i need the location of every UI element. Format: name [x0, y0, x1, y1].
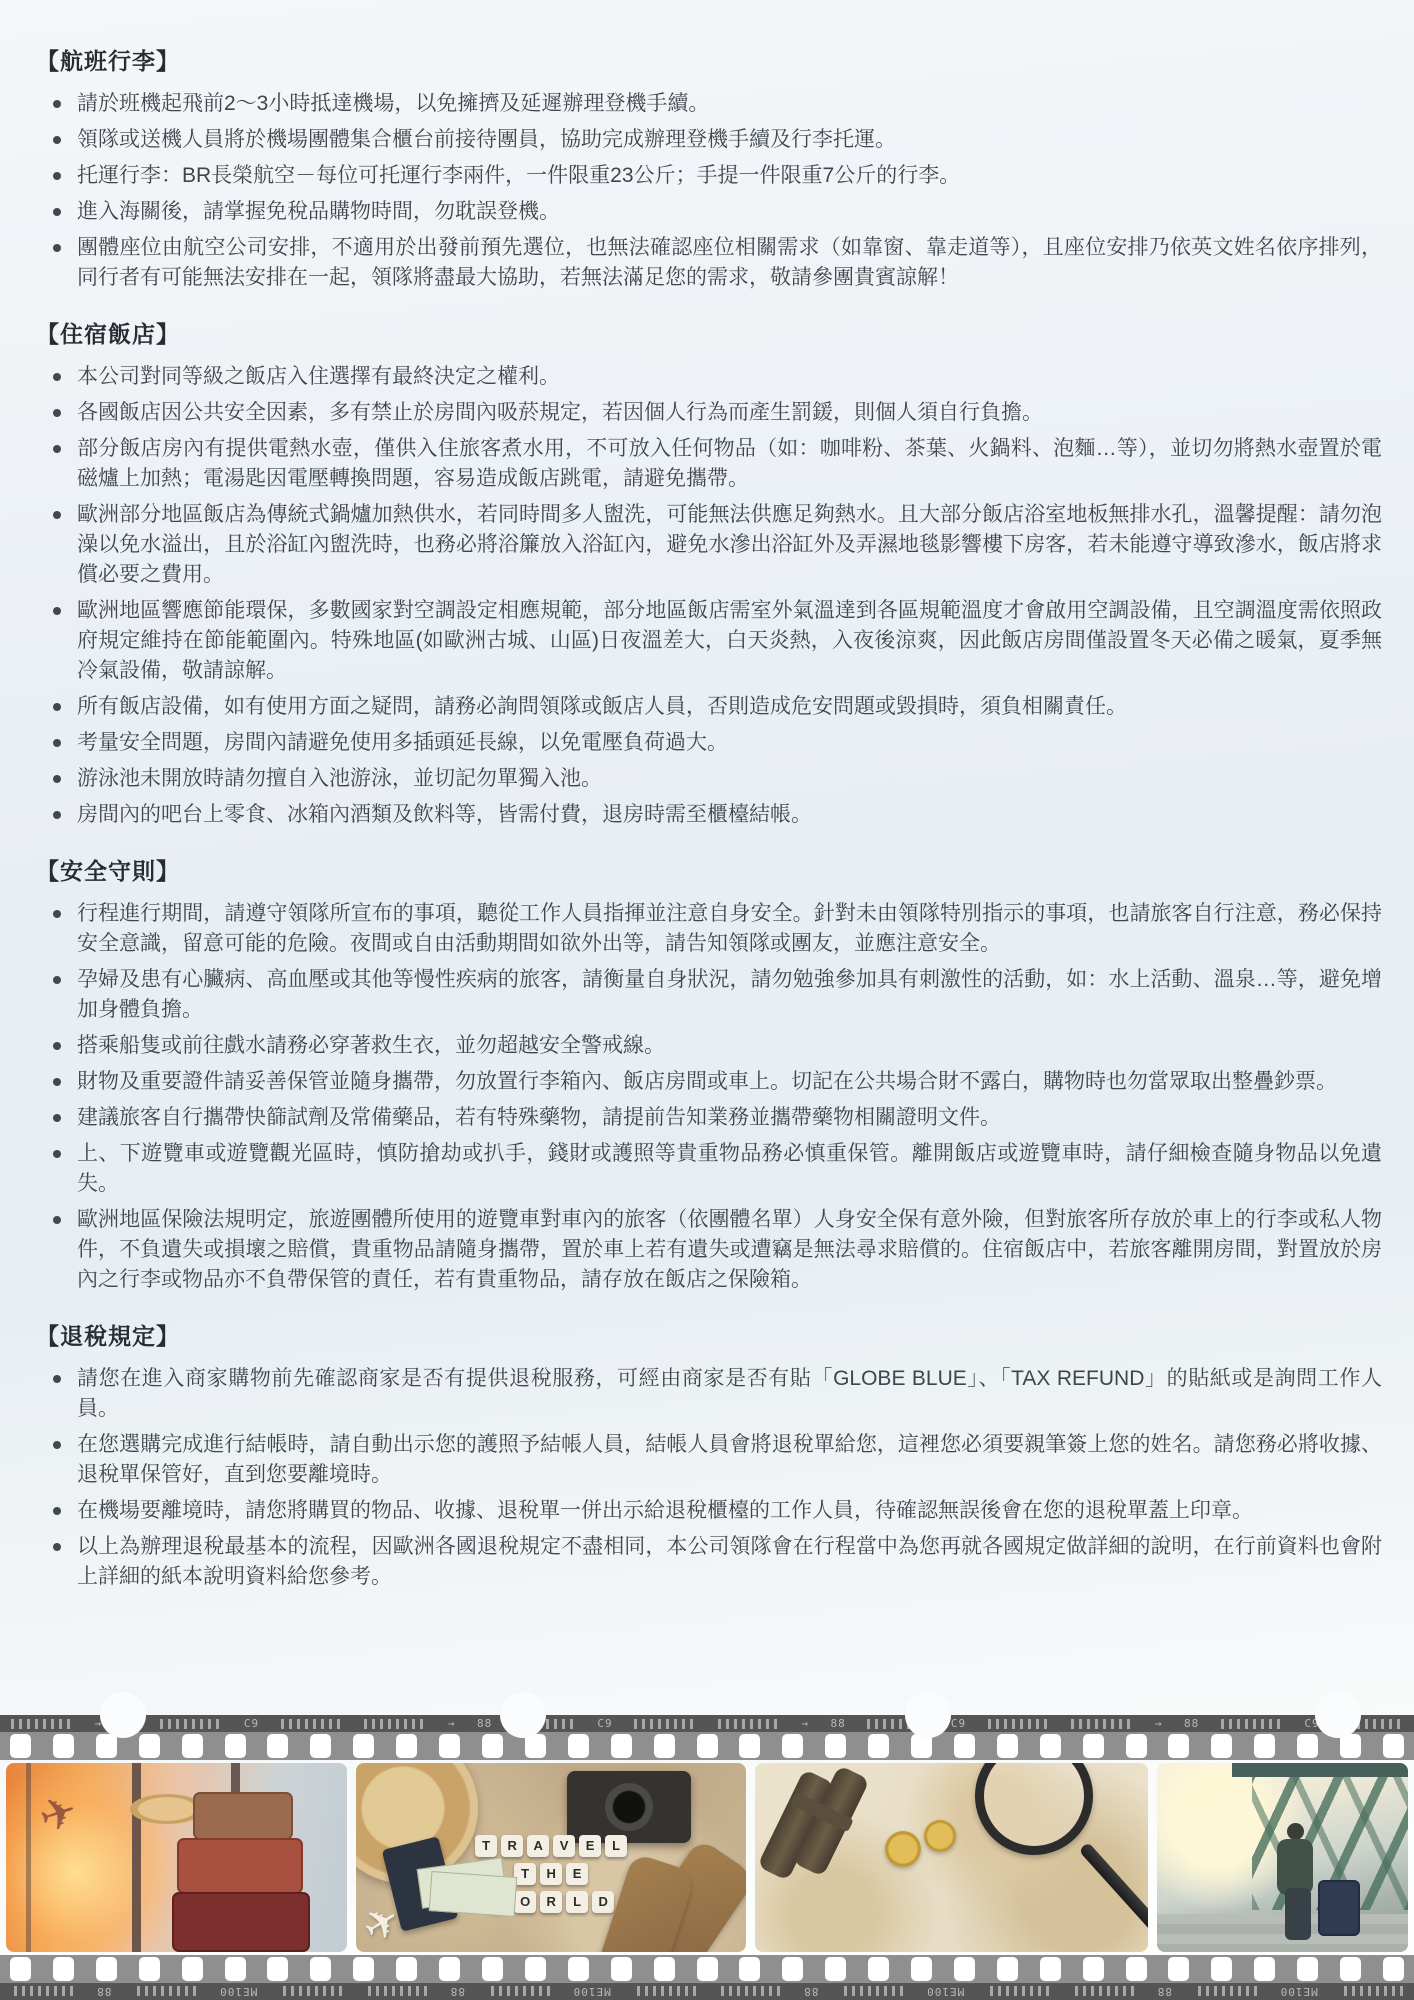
section-title-tax-refund: 【退稅規定】 [36, 1321, 1382, 1351]
photo-traveler-station [1157, 1763, 1408, 1952]
film-notch [1315, 1692, 1361, 1738]
notice-document: 【航班行李】 請於班機起飛前2～3小時抵達機場，以免擁擠及延遲辦理登機手續。 領… [36, 46, 1382, 1618]
window-frame [132, 1763, 141, 1952]
film-notch [100, 1692, 146, 1738]
traveler-legs [1285, 1888, 1311, 1940]
film-barcode-icon [1195, 1987, 1257, 1997]
bullet-item: 孕婦及患有心臟病、高血壓或其他等慢性疾病的旅客，請衡量自身狀況，請勿勉強參加具有… [36, 965, 1382, 1025]
bullet-item: 進入海關後，請掌握免稅品購物時間，勿耽誤登機。 [36, 197, 1382, 227]
film-frame-number: 88 [1157, 1985, 1172, 1998]
film-mark-segment: → 88 C9 [707, 1717, 1061, 1730]
film-frame-number: 88 [1184, 1717, 1199, 1730]
bullet-item: 領隊或送機人員將於機場團體集合櫃台前接待團員，協助完成辦理登機手續及行李托運。 [36, 125, 1382, 155]
film-mark-segment: → 88 C9 [0, 1717, 354, 1730]
film-edge-bottom: ME100 88 ME100 88 ME100 88 [0, 1955, 1414, 2000]
bullet-item: 歐洲地區響應節能環保，多數國家對空調設定相應規範，部分地區飯店需室外氣溫達到各區… [36, 596, 1382, 686]
bullet-item: 游泳池未開放時請勿擅自入池游泳，並切記勿單獨入池。 [36, 764, 1382, 794]
film-strip: → 88 C9 → 88 C9 → 88 [0, 1715, 1414, 2000]
bullet-list: 本公司對同等級之飯店入住選擇有最終決定之權利。 各國飯店因公共安全因素，多有禁止… [36, 362, 1382, 830]
rolling-suitcase-icon [1318, 1880, 1360, 1936]
bullet-item: 在您選購完成進行結帳時，請自動出示您的護照予結帳人員，結帳人員會將退稅單給您，這… [36, 1430, 1382, 1490]
film-barcode-icon [11, 1987, 73, 1997]
film-frame-number: 88 [477, 1717, 492, 1730]
film-barcode-icon [364, 1719, 426, 1729]
bullet-item: 請您在進入商家購物前先確認商家是否有提供退稅服務，可經由商家是否有貼「GLOBE… [36, 1364, 1382, 1424]
film-arrow-mark: → [801, 1717, 809, 1730]
film-barcode-icon [634, 1987, 696, 1997]
suitcase-icon [172, 1892, 310, 1952]
bullet-item: 歐洲地區保險法規明定，旅遊團體所使用的遊覽車對車內的旅客（依團體名單）人身安全保… [36, 1205, 1382, 1295]
dice-word: TRAVEL [462, 1835, 641, 1857]
bullet-item: 團體座位由航空公司安排，不適用於出發前預先選位，也無法確認座位相關需求（如靠窗、… [36, 233, 1382, 293]
film-mark-segment: ME100 88 [354, 1985, 708, 1998]
section-title-safety: 【安全守則】 [36, 856, 1382, 886]
suitcase-icon [193, 1792, 293, 1840]
bullet-list: 行程進行期間，請遵守領隊所宣布的事項，聽從工作人員指揮並注意自身安全。針對未由領… [36, 899, 1382, 1295]
film-frame-number: 88 [96, 1985, 111, 1998]
bullet-item: 財物及重要證件請妥善保管並隨身攜帶，勿放置行李箱內、飯店房間或車上。切記在公共場… [36, 1067, 1382, 1097]
section-tax-refund: 【退稅規定】 請您在進入商家購物前先確認商家是否有提供退稅服務，可經由商家是否有… [36, 1321, 1382, 1592]
sunset-glow [6, 1763, 186, 1952]
film-barcode-icon [160, 1719, 222, 1729]
film-mark-segment: ME100 88 [0, 1985, 354, 1998]
film-mark-segment: ME100 88 [1061, 1985, 1414, 1998]
film-edge-markings: ME100 88 ME100 88 ME100 88 [0, 1983, 1414, 2000]
traveler-body [1277, 1839, 1313, 1895]
film-edge-markings: → 88 C9 → 88 C9 → 88 [0, 1715, 1414, 1732]
bullet-item: 歐洲部分地區飯店為傳統式鍋爐加熱供水，若同時間多人盥洗，可能無法供應足夠熱水。且… [36, 500, 1382, 590]
station-roof-beam [1232, 1763, 1408, 1777]
film-mark-segment: → 88 C9 [1061, 1717, 1414, 1730]
coin-icon [885, 1831, 921, 1867]
banknote-icon [429, 1871, 518, 1917]
bullet-item: 所有飯店設備，如有使用方面之疑問，請務必詢問領隊或飯店人員，否則造成危安問題或毀… [36, 692, 1382, 722]
bullet-item: 上、下遊覽車或遊覽觀光區時，慎防搶劫或扒手，錢財或護照等貴重物品務必慎重保管。離… [36, 1139, 1382, 1199]
film-barcode-icon [281, 1719, 343, 1729]
film-code-mark: C9 [244, 1717, 259, 1730]
film-barcode-icon [280, 1987, 342, 1997]
film-barcode-icon [987, 1987, 1049, 1997]
film-code-mark: C9 [597, 1717, 612, 1730]
station-floor [1157, 1914, 1408, 1952]
photo-map-binoculars-magnifier [755, 1763, 1148, 1952]
suitcase-icon [177, 1838, 303, 1894]
film-barcode-icon [634, 1719, 696, 1729]
photo-map-camera-flatlay: TRAVEL THE WORLD ✈ [356, 1763, 746, 1952]
film-barcode-icon [841, 1987, 903, 1997]
film-frame-number: 88 [450, 1985, 465, 1998]
film-arrow-mark: → [448, 1717, 456, 1730]
bullet-item: 搭乘船隻或前往戲水請務必穿著救生衣，並勿超越安全警戒線。 [36, 1031, 1382, 1061]
film-barcode-icon [1071, 1719, 1133, 1729]
film-code-mark: C9 [951, 1717, 966, 1730]
film-arrow-mark: → [1155, 1717, 1163, 1730]
film-brand-mark: ME100 [926, 1985, 964, 1998]
film-mark-segment: ME100 88 [707, 1985, 1061, 1998]
film-barcode-icon [988, 1719, 1050, 1729]
film-brand-mark: ME100 [573, 1985, 611, 1998]
film-barcode-icon [718, 1719, 780, 1729]
bullet-item: 請於班機起飛前2～3小時抵達機場，以免擁擠及延遲辦理登機手續。 [36, 89, 1382, 119]
camera-lens-icon [605, 1783, 653, 1831]
bullet-item: 行程進行期間，請遵守領隊所宣布的事項，聽從工作人員指揮並注意自身安全。針對未由領… [36, 899, 1382, 959]
film-brand-mark: ME100 [219, 1985, 257, 1998]
bullet-item: 本公司對同等級之飯店入住選擇有最終決定之權利。 [36, 362, 1382, 392]
section-flight-baggage: 【航班行李】 請於班機起飛前2～3小時抵達機場，以免擁擠及延遲辦理登機手續。 領… [36, 46, 1382, 293]
bullet-item: 考量安全問題，房間內請避免使用多插頭延長線，以免電壓負荷過大。 [36, 728, 1382, 758]
bullet-item: 建議旅客自行攜帶快篩試劑及常備藥品，若有特殊藥物，請提前告知業務並攜帶藥物相關證… [36, 1103, 1382, 1133]
coin-icon [924, 1820, 956, 1852]
film-sprocket-row [0, 1955, 1414, 1983]
section-safety: 【安全守則】 行程進行期間，請遵守領隊所宣布的事項，聽從工作人員指揮並注意自身安… [36, 856, 1382, 1295]
bullet-item: 在機場要離境時，請您將購買的物品、收據、退稅單一併出示給退稅櫃檯的工作人員，待確… [36, 1496, 1382, 1526]
film-frame-number: 88 [803, 1985, 818, 1998]
film-notch [500, 1692, 546, 1738]
bullet-item: 托運行李：BR長榮航空－每位可托運行李兩件，一件限重23公斤；手提一件限重7公斤… [36, 161, 1382, 191]
film-brand-mark: ME100 [1280, 1985, 1318, 1998]
film-barcode-icon [11, 1719, 73, 1729]
film-barcode-icon [1221, 1719, 1283, 1729]
bullet-item: 以上為辦理退稅最基本的流程，因歐洲各國退稅規定不盡相同，本公司領隊會在行程當中為… [36, 1532, 1382, 1592]
bullet-item: 房間內的吧台上零食、冰箱內酒類及飲料等，皆需付費，退房時需至櫃檯結帳。 [36, 800, 1382, 830]
film-barcode-icon [718, 1987, 780, 1997]
film-barcode-icon [1341, 1987, 1403, 1997]
section-hotel: 【住宿飯店】 本公司對同等級之飯店入住選擇有最終決定之權利。 各國飯店因公共安全… [36, 319, 1382, 830]
section-title-hotel: 【住宿飯店】 [36, 319, 1382, 349]
camera-icon [567, 1771, 691, 1843]
film-photo-row: ✈ TRAVEL THE WORLD ✈ [0, 1760, 1414, 1955]
section-title-flight-baggage: 【航班行李】 [36, 46, 1382, 76]
film-barcode-icon [1072, 1987, 1134, 1997]
film-edge-top: → 88 C9 → 88 C9 → 88 [0, 1715, 1414, 1760]
bullet-list: 請您在進入商家購物前先確認商家是否有提供退稅服務，可經由商家是否有貼「GLOBE… [36, 1364, 1382, 1592]
film-frame-number: 88 [831, 1717, 846, 1730]
bullet-item: 部分飯店房內有提供電熱水壺，僅供入住旅客煮水用，不可放入任何物品（如：咖啡粉、茶… [36, 434, 1382, 494]
window-frame [26, 1763, 31, 1952]
bullet-item: 各國飯店因公共安全因素，多有禁止於房間內吸菸規定，若因個人行為而產生罰鍰，則個人… [36, 398, 1382, 428]
film-barcode-icon [134, 1987, 196, 1997]
film-barcode-icon [365, 1987, 427, 1997]
film-barcode-icon [488, 1987, 550, 1997]
photo-airport-sunset-luggage: ✈ [6, 1763, 347, 1952]
magnifier-handle-icon [1078, 1842, 1147, 1952]
magnifier-glass-icon [975, 1763, 1093, 1855]
film-notch [905, 1692, 951, 1738]
travel-notice-page: 【航班行李】 請於班機起飛前2～3小時抵達機場，以免擁擠及延遲辦理登機手續。 領… [0, 0, 1414, 2000]
bullet-list: 請於班機起飛前2～3小時抵達機場，以免擁擠及延遲辦理登機手續。 領隊或送機人員將… [36, 89, 1382, 293]
film-sprocket-row [0, 1732, 1414, 1760]
